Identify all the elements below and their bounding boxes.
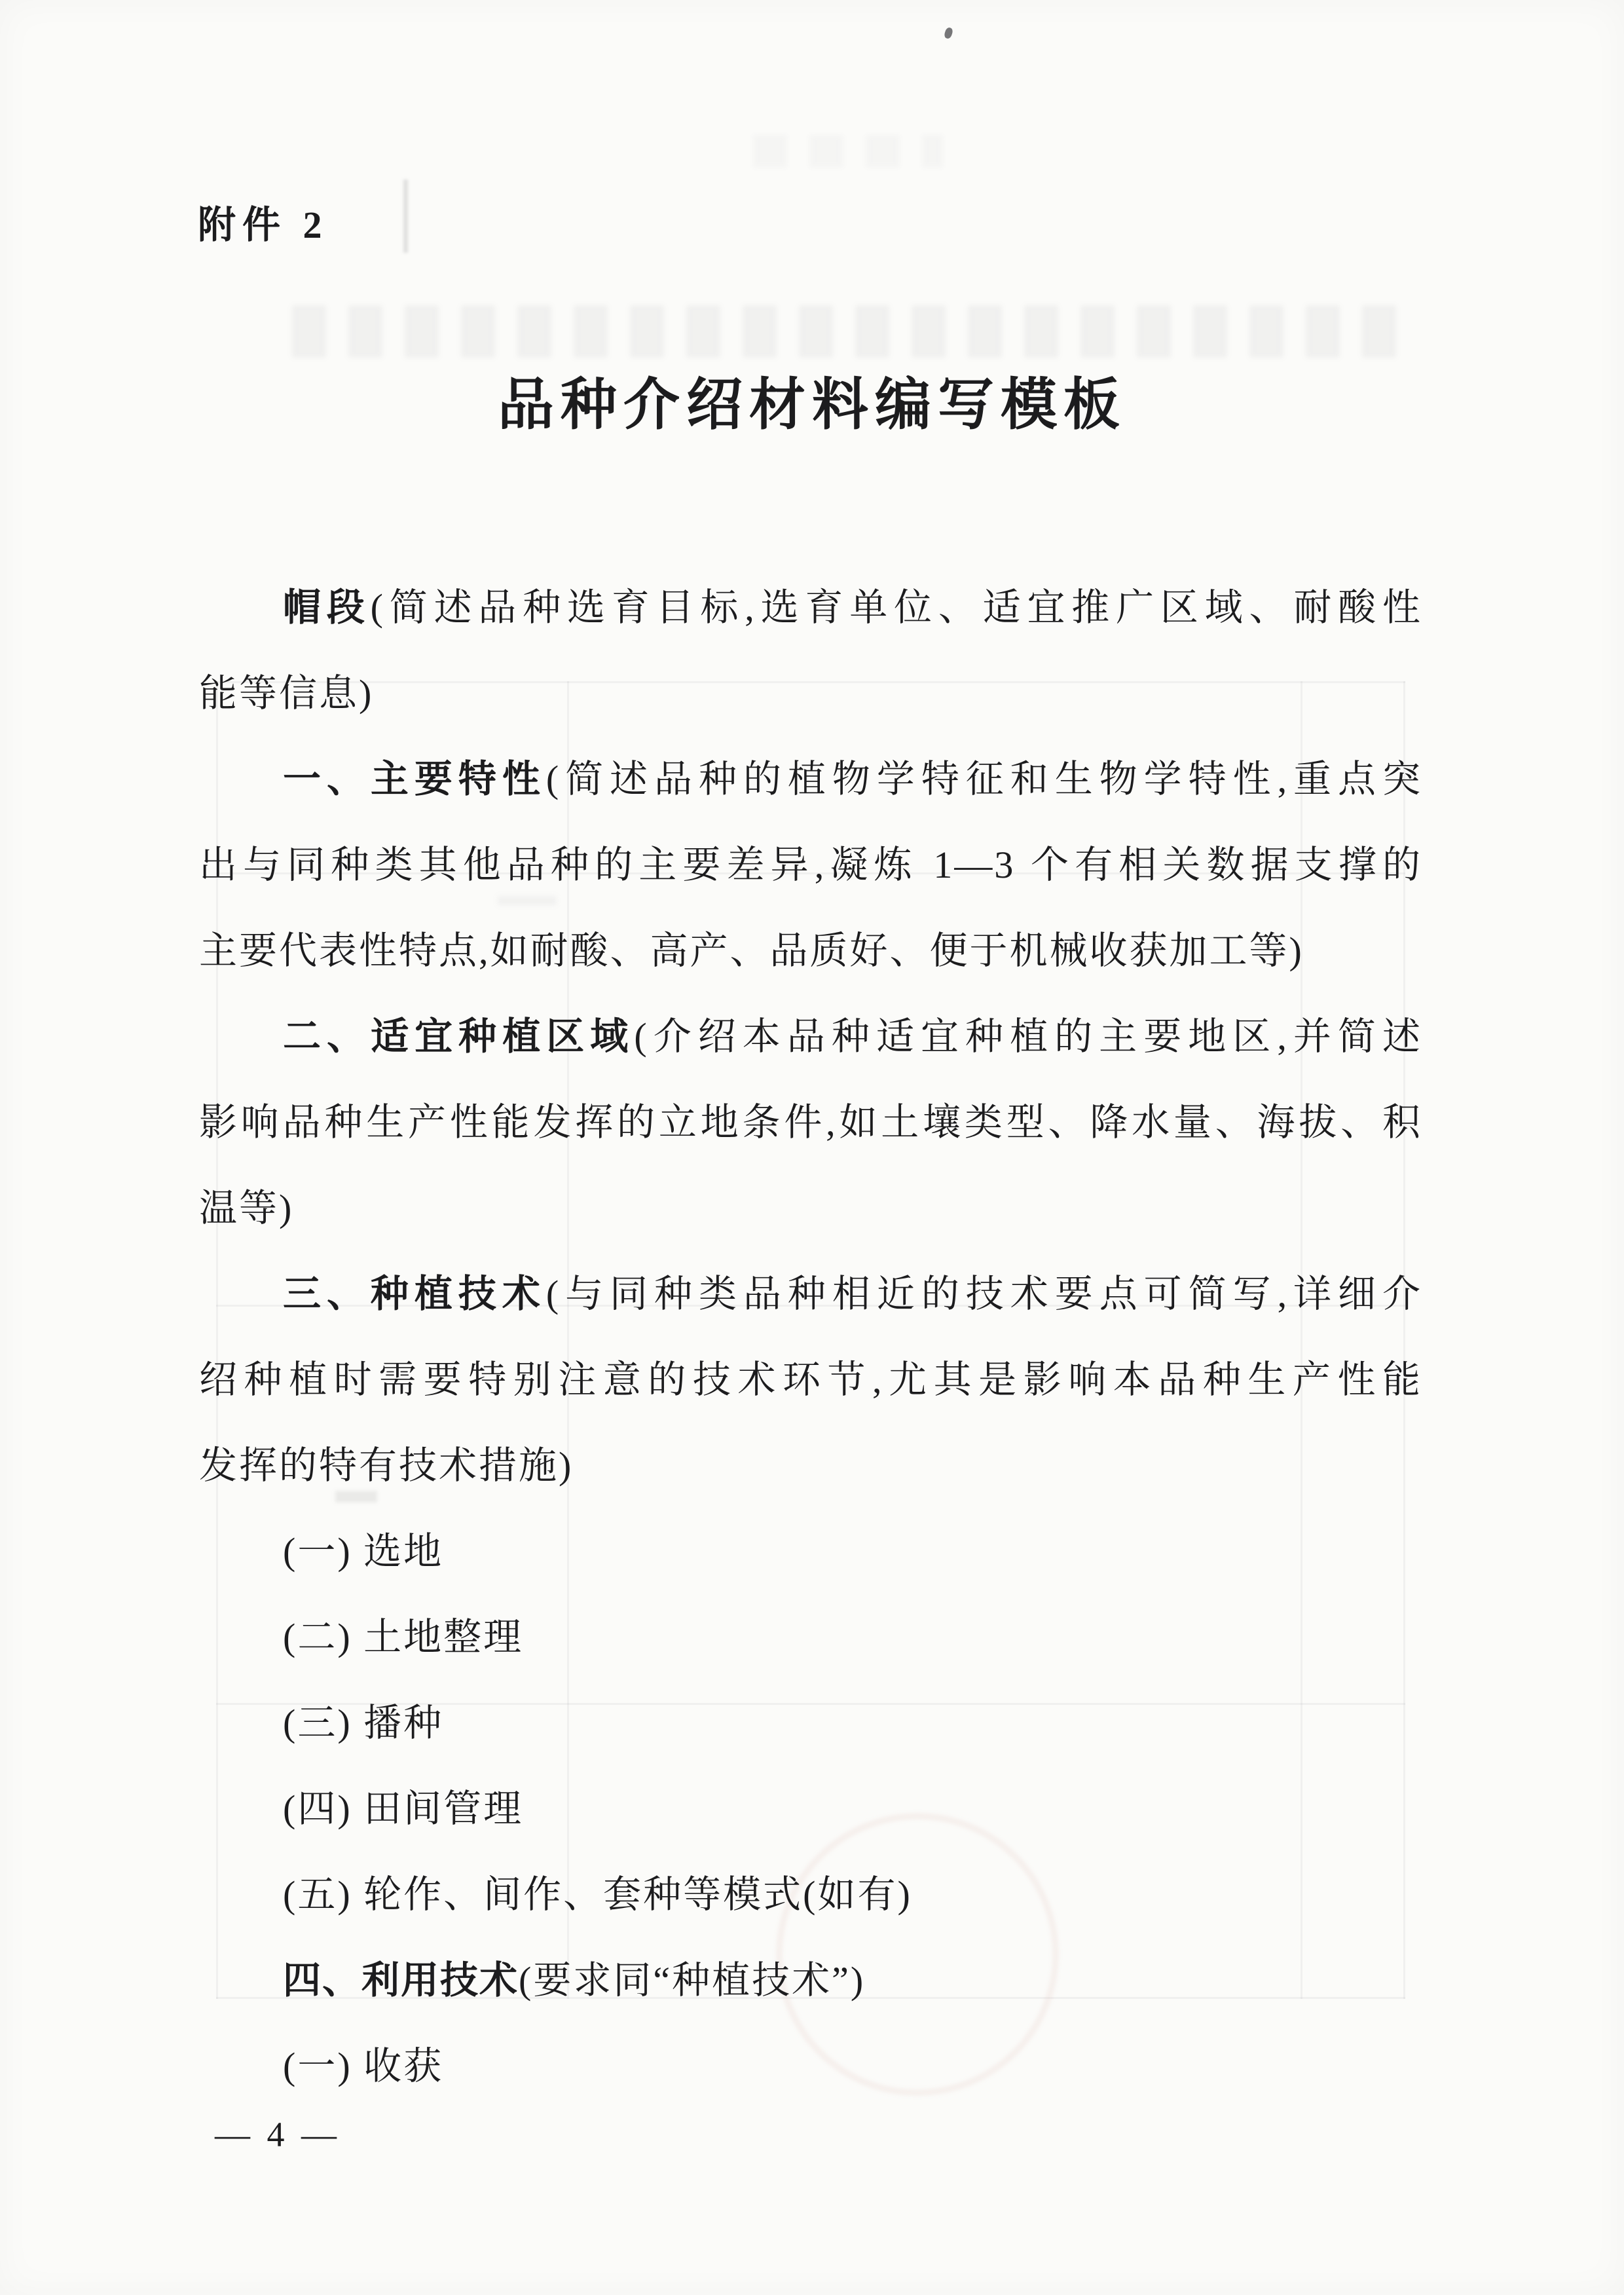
body-line: 四、利用技术(要求同“种植技术”) <box>199 1937 1422 2023</box>
line-text: 影响品种生产性能发挥的立地条件,如土壤类型、降水量、海拔、积 <box>199 1101 1422 1144</box>
body-line: 三、种植技术(与同种类品种相近的技术要点可简写,详细介 <box>199 1251 1422 1337</box>
document-page: 附件 2 品种介绍材料编写模板 帽段(简述品种选育目标,选育单位、适宜推广区域、… <box>0 0 1624 2295</box>
line-text: (二) 土地整理 <box>283 1616 523 1658</box>
body-text: 帽段(简述品种选育目标,选育单位、适宜推广区域、耐酸性 能等信息) 一、主要特性… <box>199 565 1422 2109</box>
line-text: (与同种类品种相近的技术要点可简写,详细介 <box>546 1273 1422 1315</box>
line-text: 温等) <box>199 1187 293 1229</box>
scan-speck <box>944 27 954 40</box>
body-line: 二、适宜种植区域(介绍本品种适宜种植的主要地区,并简述 <box>199 994 1422 1079</box>
scan-speck <box>403 179 408 253</box>
line-bold: 二、适宜种植区域 <box>283 1015 634 1058</box>
line-bold: 三、种植技术 <box>283 1273 546 1315</box>
line-text: 能等信息) <box>199 672 373 715</box>
line-bold: 一、主要特性 <box>283 758 546 800</box>
attachment-label: 附件 2 <box>198 194 329 249</box>
body-line: 能等信息) <box>199 650 1422 736</box>
document-title: 品种介绍材料编写模板 <box>0 359 1624 440</box>
line-text: (四) 田间管理 <box>283 1787 523 1830</box>
body-line: 主要代表性特点,如耐酸、高产、品质好、便于机械收获加工等) <box>199 908 1422 994</box>
body-line: 发挥的特有技术措施) <box>199 1423 1422 1508</box>
page-number: — 4 — <box>215 2114 341 2155</box>
line-text: (简述品种选育目标,选育单位、适宜推广区域、耐酸性 <box>371 586 1422 629</box>
line-text: (一) 收获 <box>283 2045 443 2087</box>
line-text: (三) 播种 <box>283 1702 443 1744</box>
line-text: (五) 轮作、间作、套种等模式(如有) <box>283 1873 912 1916</box>
body-line-list-item: (三) 播种 <box>199 1680 1422 1766</box>
bleedthrough-text-band <box>753 135 943 168</box>
line-text: (一) 选地 <box>283 1530 443 1573</box>
body-line: 绍种植时需要特别注意的技术环节,尤其是影响本品种生产性能 <box>199 1337 1422 1423</box>
line-text: 发挥的特有技术措施) <box>199 1444 573 1487</box>
body-line-list-item: (一) 选地 <box>199 1508 1422 1594</box>
line-bold: 帽段 <box>283 586 371 629</box>
line-text: 主要代表性特点,如耐酸、高产、品质好、便于机械收获加工等) <box>199 929 1304 972</box>
body-line-list-item: (四) 田间管理 <box>199 1766 1422 1852</box>
body-line: 帽段(简述品种选育目标,选育单位、适宜推广区域、耐酸性 <box>199 565 1422 650</box>
line-text: (简述品种的植物学特征和生物学特性,重点突 <box>546 758 1422 800</box>
body-line: 温等) <box>199 1165 1422 1251</box>
body-line: 一、主要特性(简述品种的植物学特征和生物学特性,重点突 <box>199 736 1422 822</box>
bleedthrough-text-band <box>292 305 1409 358</box>
line-text: (要求同“种植技术”) <box>519 1959 865 2002</box>
body-line-list-item: (二) 土地整理 <box>199 1594 1422 1680</box>
body-line-list-item: (五) 轮作、间作、套种等模式(如有) <box>199 1852 1422 1937</box>
line-text: (介绍本品种适宜种植的主要地区,并简述 <box>634 1015 1422 1058</box>
body-line: 影响品种生产性能发挥的立地条件,如土壤类型、降水量、海拔、积 <box>199 1079 1422 1165</box>
line-bold: 四、利用技术 <box>283 1959 519 2002</box>
line-text: 绍种植时需要特别注意的技术环节,尤其是影响本品种生产性能 <box>199 1358 1422 1401</box>
line-text: 出与同种类其他品种的主要差异,凝炼 1—3 个有相关数据支撑的 <box>199 844 1422 886</box>
body-line-list-item: (一) 收获 <box>199 2023 1422 2109</box>
body-line: 出与同种类其他品种的主要差异,凝炼 1—3 个有相关数据支撑的 <box>199 822 1422 908</box>
